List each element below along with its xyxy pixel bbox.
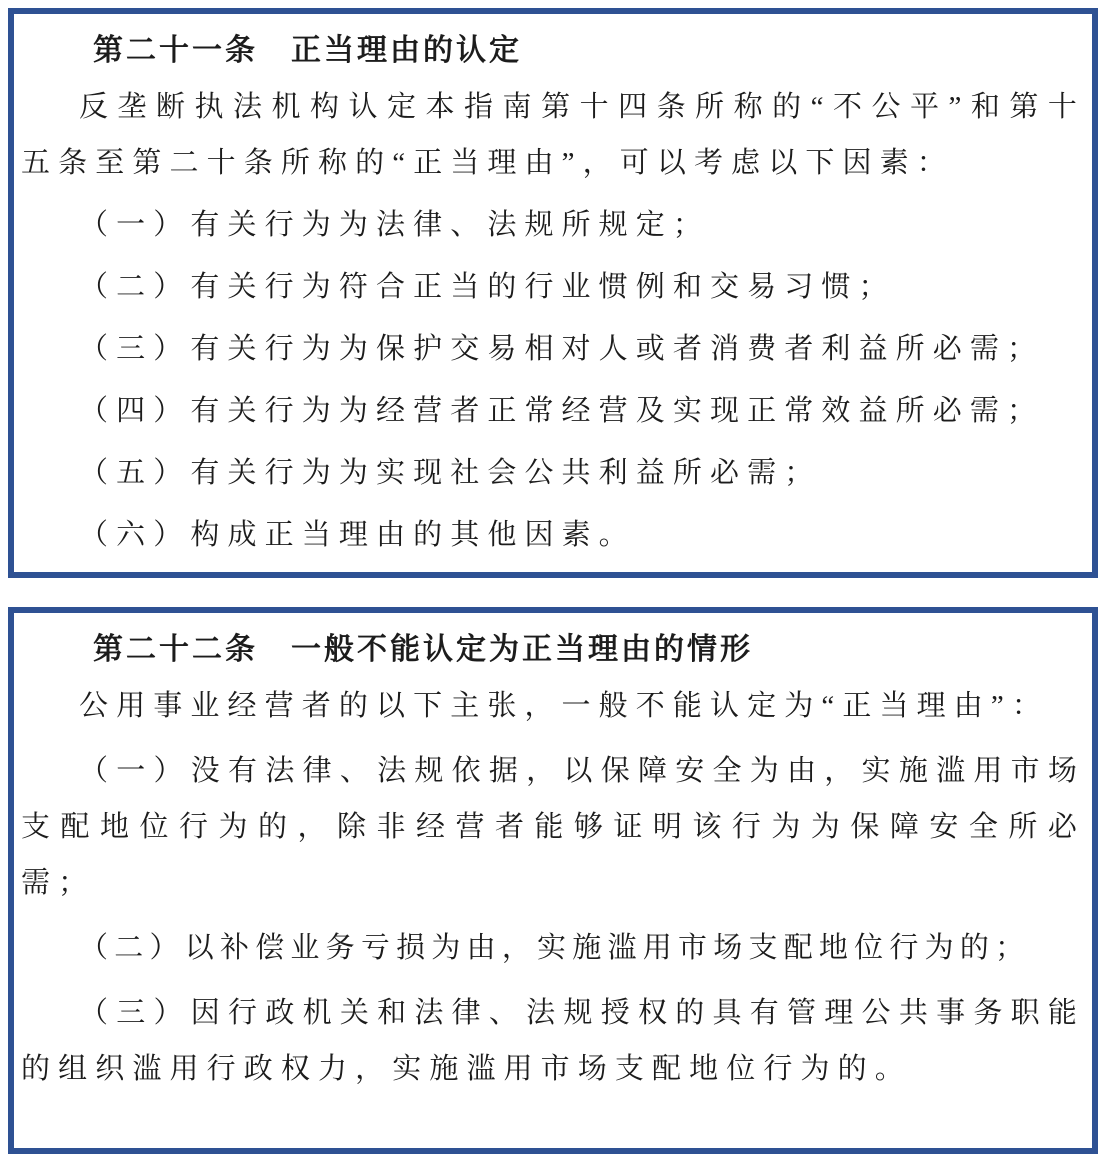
- article-22-intro: 公用事业经营者的以下主张，一般不能认定为“正当理由”：: [21, 678, 1085, 734]
- article-21-intro: 反垄断执法机构认定本指南第十四条所称的“不公平”和第十五条至第二十条所称的“正当…: [21, 79, 1085, 191]
- article-22-item-3: （三）因行政机关和法律、法规授权的具有管理公共事务职能的组织滥用行政权力，实施滥…: [21, 985, 1085, 1097]
- article-21-box: 第二十一条 正当理由的认定 反垄断执法机构认定本指南第十四条所称的“不公平”和第…: [8, 8, 1098, 578]
- article-22-title: 第二十二条 一般不能认定为正当理由的情形: [21, 622, 1085, 678]
- article-21-title: 第二十一条 正当理由的认定: [21, 23, 1085, 79]
- article-22-box: 第二十二条 一般不能认定为正当理由的情形 公用事业经营者的以下主张，一般不能认定…: [8, 607, 1098, 1154]
- article-22-item-1: （一）没有法律、法规依据，以保障安全为由，实施滥用市场支配地位行为的，除非经营者…: [21, 743, 1085, 911]
- article-22-item-2: （二）以补偿业务亏损为由，实施滥用市场支配地位行为的；: [21, 920, 1085, 976]
- article-21-item-6: （六）构成正当理由的其他因素。: [21, 507, 1085, 563]
- article-21-item-5: （五）有关行为为实现社会公共利益所必需；: [21, 445, 1085, 501]
- article-21-item-1: （一）有关行为为法律、法规所规定；: [21, 197, 1085, 253]
- article-21-item-2: （二）有关行为符合正当的行业惯例和交易习惯；: [21, 259, 1085, 315]
- article-21-item-3: （三）有关行为为保护交易相对人或者消费者利益所必需；: [21, 321, 1085, 377]
- document-page: 第二十一条 正当理由的认定 反垄断执法机构认定本指南第十四条所称的“不公平”和第…: [0, 0, 1106, 1162]
- article-21-item-4: （四）有关行为为经营者正常经营及实现正常效益所必需；: [21, 383, 1085, 439]
